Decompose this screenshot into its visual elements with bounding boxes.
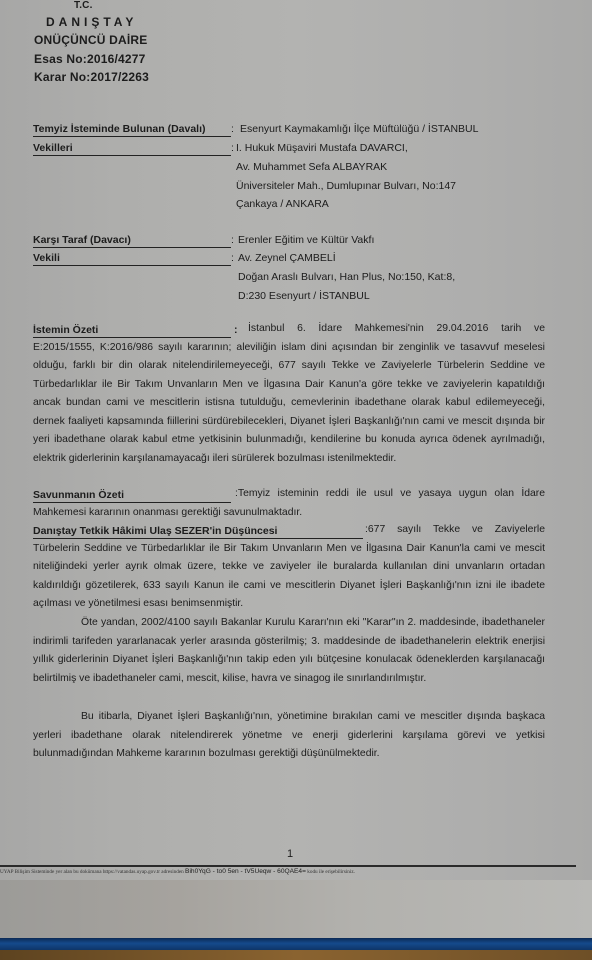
- respondent-counsel-line: Av. Zeynel ÇAMBELİ: [238, 252, 336, 264]
- respondent-counsel-label: Vekili: [33, 252, 60, 264]
- appellant-counsel-line: Av. Muhammet Sefa ALBAYRAK: [236, 161, 387, 173]
- appellant-counsel-line: Üniversiteler Mah., Dumlupınar Bulvarı, …: [236, 180, 456, 192]
- verification-code: Bih0YqG - to0 5en - tV5Ueqw - 60QAE4=: [185, 868, 306, 875]
- label-underline: [33, 247, 231, 248]
- page-number: 1: [287, 848, 293, 860]
- respondent-label: Karşı Taraf (Davacı): [33, 234, 131, 246]
- opinion-body: 677 sayılı Tekke ve Zaviyelerle Türbeler…: [33, 524, 545, 609]
- defense-text: :Temyiz isteminin reddi ile usul ve yasa…: [33, 485, 545, 522]
- opinion-text: :677 sayılı Tekke ve Zaviyelerle Türbele…: [33, 521, 545, 614]
- uyap-suffix: kodu ile erişebilirsiniz.: [307, 869, 355, 875]
- respondent-value: Erenler Eğitim ve Kültür Vakfı: [238, 234, 374, 246]
- header-chamber: ONÜÇÜNCÜ DAİRE: [34, 33, 147, 47]
- desk-surface: [0, 950, 592, 960]
- document-page: T.C. DANIŞTAY ONÜÇÜNCÜ DAİRE Esas No:201…: [0, 0, 592, 938]
- label-underline: [33, 136, 231, 137]
- appellant-counsel-line: Çankaya / ANKARA: [236, 198, 329, 210]
- request-text: İstanbul 6. İdare Mahkemesi'nin 29.04.20…: [33, 320, 545, 468]
- footer-rule: [0, 865, 576, 867]
- appellant-counsel-line: I. Hukuk Müşaviri Mustafa DAVARCI,: [236, 142, 408, 154]
- appellant-counsel-label: Vekilleri: [33, 142, 73, 154]
- respondent-counsel-line: D:230 Esenyurt / İSTANBUL: [238, 290, 370, 302]
- colon: :: [231, 252, 234, 264]
- header-karar-no: Karar No:2017/2263: [34, 70, 149, 84]
- label-underline: [33, 265, 231, 266]
- desk-blue-edge: [0, 938, 592, 950]
- uyap-prefix: UYAP Bilişim Sisteminde yer alan bu dokü…: [0, 869, 184, 875]
- paragraph-2: Öte yandan, 2002/4100 sayılı Bakanlar Ku…: [33, 614, 545, 688]
- header-court: DANIŞTAY: [46, 15, 137, 29]
- paragraph-3: Bu itibarla, Diyanet İşleri Başkanlığı'n…: [33, 708, 545, 764]
- label-underline: [33, 155, 231, 156]
- colon: :: [231, 123, 234, 135]
- colon: :: [231, 142, 234, 154]
- appellant-value: Esenyurt Kaymakamlığı İlçe Müftülüğü / İ…: [240, 123, 478, 135]
- appellant-label: Temyiz İsteminde Bulunan (Davalı): [33, 123, 206, 135]
- header-tc: T.C.: [74, 0, 93, 11]
- respondent-counsel-line: Doğan Araslı Bulvarı, Han Plus, No:150, …: [238, 271, 455, 283]
- colon: :: [231, 234, 234, 246]
- header-esas-no: Esas No:2016/4277: [34, 52, 145, 66]
- uyap-footer: UYAP Bilişim Sisteminde yer alan bu dokü…: [0, 868, 592, 875]
- defense-body: Temyiz isteminin reddi ile usul ve yasay…: [33, 488, 545, 518]
